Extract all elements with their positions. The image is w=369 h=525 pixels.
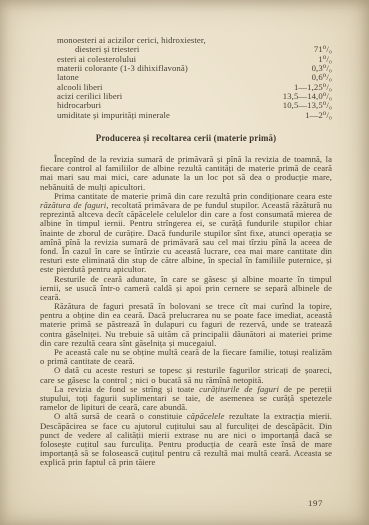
paragraph: La revizia de fond se strîng și toate cu… (40, 385, 332, 413)
composition-item-value: 1—2⁰/₀ (297, 111, 332, 120)
page-number: 197 (308, 498, 323, 508)
section-heading: Producerea și recoltarea cerii (materie … (40, 133, 332, 144)
paragraph: Răzătura de faguri presată în bolovani s… (40, 302, 332, 348)
composition-item: materii colorante (1-3 dihixiflavonă)0,3… (57, 64, 332, 73)
paragraph: Resturile de ceară adunate, în care se g… (40, 275, 332, 303)
paragraph: Pe această cale nu se obține multă ceară… (40, 348, 332, 366)
paragraph: O altă sursă de ceară o constituie căpăc… (40, 412, 332, 467)
composition-item-label: umiditate și impurități minerale (57, 111, 170, 120)
composition-item: umiditate și impurități minerale1—2⁰/₀ (57, 111, 332, 120)
paragraph: Începînd de la revizia sumară de primăva… (40, 155, 332, 192)
paragraph: Prima cantitate de materie primă din car… (40, 192, 332, 275)
composition-item: monoesteri ai acizilor cerici, hidroxies… (57, 36, 332, 55)
body-text: Începînd de la revizia sumară de primăva… (40, 155, 332, 467)
book-page: monoesteri ai acizilor cerici, hidroxies… (0, 0, 369, 525)
paragraph: O dată cu aceste resturi se topesc și re… (40, 366, 332, 384)
wax-composition-list: monoesteri ai acizilor cerici, hidroxies… (40, 36, 332, 120)
composition-item-label: monoesteri ai acizilor cerici, hidroxies… (57, 36, 206, 55)
